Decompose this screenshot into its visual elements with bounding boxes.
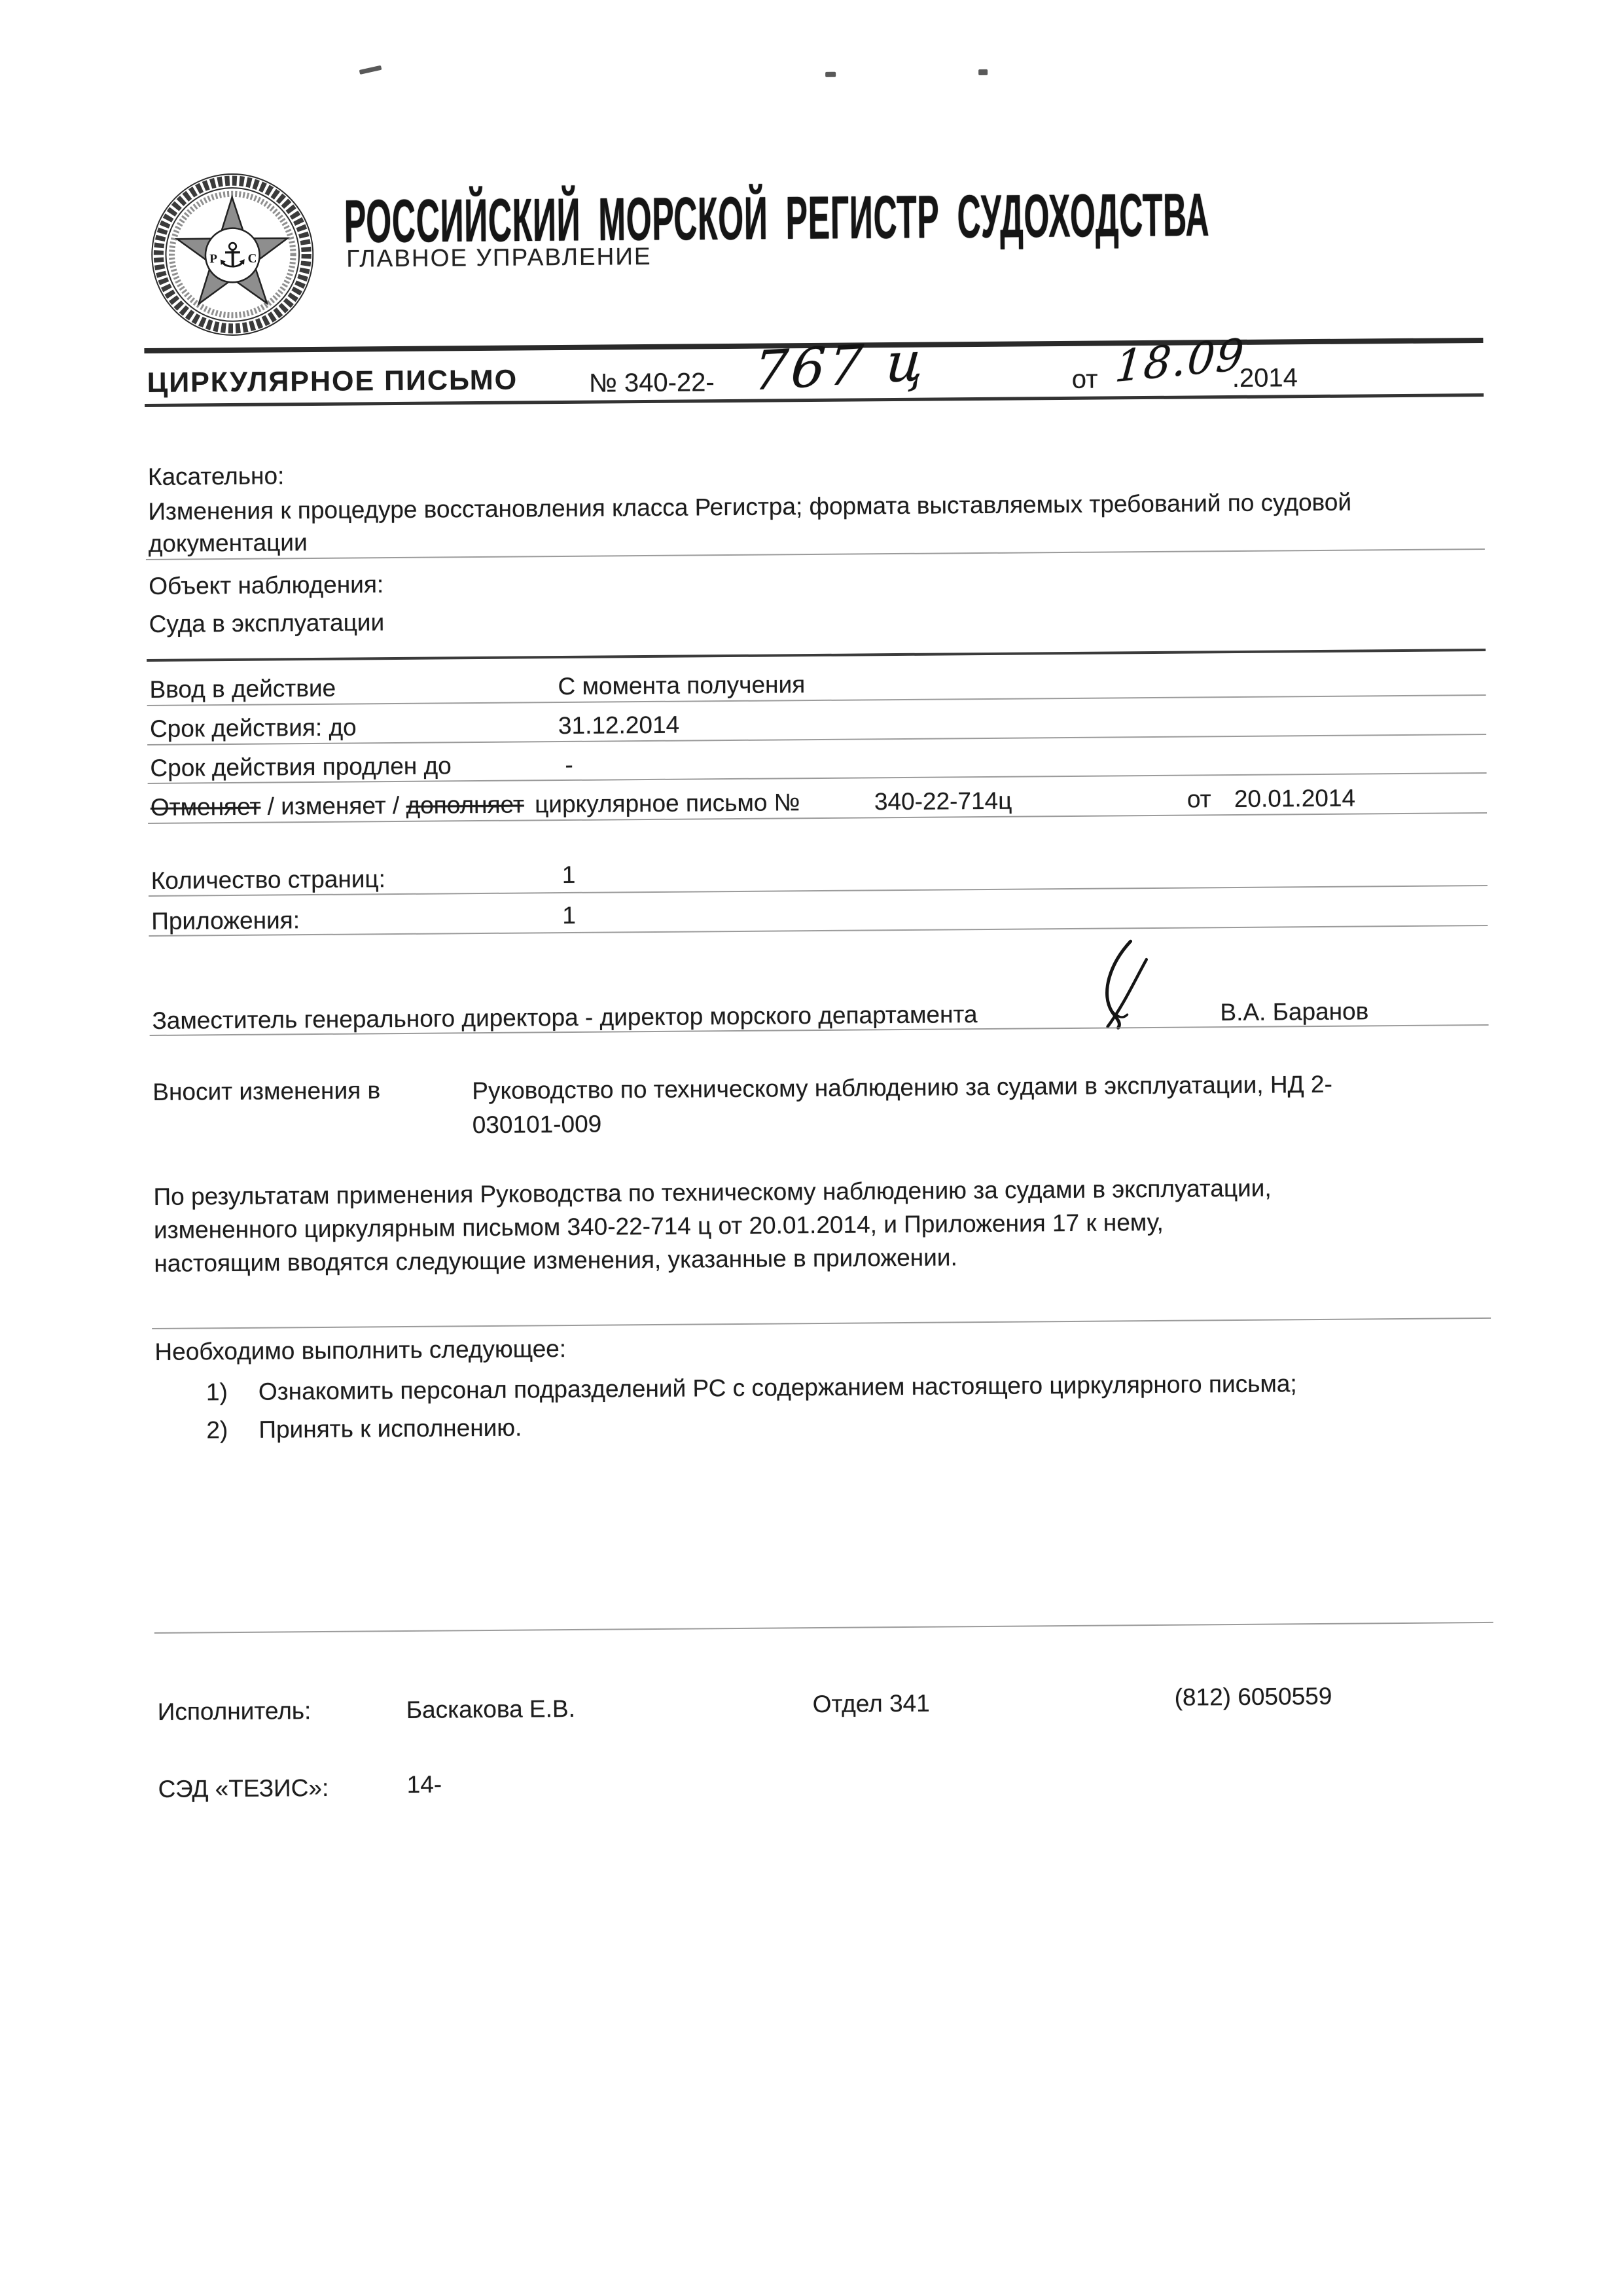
subject-label: Касательно:: [148, 460, 285, 492]
object-rule: [147, 649, 1486, 662]
scan-noise: [978, 69, 988, 75]
document-sheet: ⚓ Р С РОССИЙСКИЙ МОРСКОЙ РЕГИСТР СУДОХОД…: [0, 0, 1623, 2296]
seal-letter-r: Р: [209, 252, 217, 266]
count-value: 1: [562, 859, 576, 891]
action-item-number: 1): [206, 1376, 228, 1408]
handwritten-letter-date: 18.09: [1113, 329, 1247, 393]
target-value: Руководство по техническому наблюдению з…: [472, 1067, 1435, 1143]
footer-rule: [154, 1622, 1493, 1634]
amends-date: 20.01.2014: [1234, 783, 1356, 815]
action-item-number: 2): [206, 1414, 228, 1446]
amends-date-label: от: [1187, 783, 1211, 815]
sed-value: 14-: [406, 1769, 442, 1801]
org-division: ГЛАВНОЕ УПРАВЛЕНИЕ: [346, 241, 652, 274]
field-value: С момента получения: [558, 669, 805, 702]
sed-label: СЭД «ТЕЗИС»:: [158, 1772, 329, 1804]
amends-changes: изменяет: [281, 792, 386, 819]
amends-lead-out: циркулярное письмо №: [535, 789, 800, 817]
count-label: Количество страниц:: [151, 863, 386, 896]
action-item-text: Принять к исполнению.: [259, 1412, 522, 1446]
field-label: Ввод в действие: [149, 673, 336, 706]
scanned-circular-letter: ⚓ Р С РОССИЙСКИЙ МОРСКОЙ РЕГИСТР СУДОХОД…: [0, 0, 1623, 2296]
actions-rule: [152, 1318, 1491, 1329]
field-label: Срок действия: до: [150, 712, 357, 745]
amends-row: Отменяет / изменяет / дополняет циркуляр…: [151, 781, 1487, 823]
letter-date-prefix: от: [1072, 363, 1098, 397]
department: Отдел 341: [813, 1688, 930, 1720]
seal-letter-s: С: [248, 252, 257, 266]
register-seal-logo: ⚓ Р С: [149, 171, 315, 338]
anchor-icon: ⚓: [217, 237, 248, 275]
count-label: Приложения:: [151, 905, 300, 937]
doc-type-label: ЦИРКУЛЯРНОЕ ПИСЬМО: [147, 363, 518, 401]
scan-noise: [825, 72, 836, 77]
amends-separator: /: [386, 792, 406, 819]
letter-date-year: .2014: [1232, 361, 1298, 395]
signatory-name: В.А. Баранов: [1220, 996, 1368, 1028]
count-rule: [149, 925, 1488, 937]
body-paragraph: По результатам применения Руководства по…: [153, 1170, 1490, 1280]
field-value: -: [565, 749, 573, 780]
field-rule: [147, 694, 1486, 706]
handwritten-letter-number: 767 ц: [751, 330, 929, 403]
letter-number-prefix: № 340-22-: [589, 366, 715, 401]
phone-number: (812) 6050559: [1174, 1681, 1332, 1713]
amends-supplements: дополняет: [406, 791, 524, 819]
subject-text: Изменения к процедуре восстановления кла…: [148, 485, 1485, 560]
amends-cancels: Отменяет: [151, 793, 261, 821]
actions-intro: Необходимо выполнить следующее:: [154, 1333, 566, 1367]
amends-ref-number: 340-22-714ц: [874, 785, 1012, 817]
signatory-title: Заместитель генерального директора - дир…: [152, 999, 977, 1036]
signature-scribble: [1092, 937, 1155, 1033]
action-item-text: Ознакомить персонал подразделений РС с с…: [259, 1368, 1297, 1407]
object-value: Суда в эксплуатации: [149, 607, 385, 639]
executor-name: Баскакова Е.В.: [406, 1693, 576, 1725]
amends-separator: /: [260, 793, 281, 819]
object-label: Объект наблюдения:: [149, 569, 383, 601]
scan-noise: [359, 65, 382, 75]
count-value: 1: [562, 900, 576, 931]
field-label: Срок действия продлен до: [150, 750, 452, 783]
executor-label: Исполнитель:: [158, 1695, 312, 1727]
target-label: Вносит изменения в: [152, 1075, 380, 1107]
field-value: 31.12.2014: [558, 709, 680, 742]
